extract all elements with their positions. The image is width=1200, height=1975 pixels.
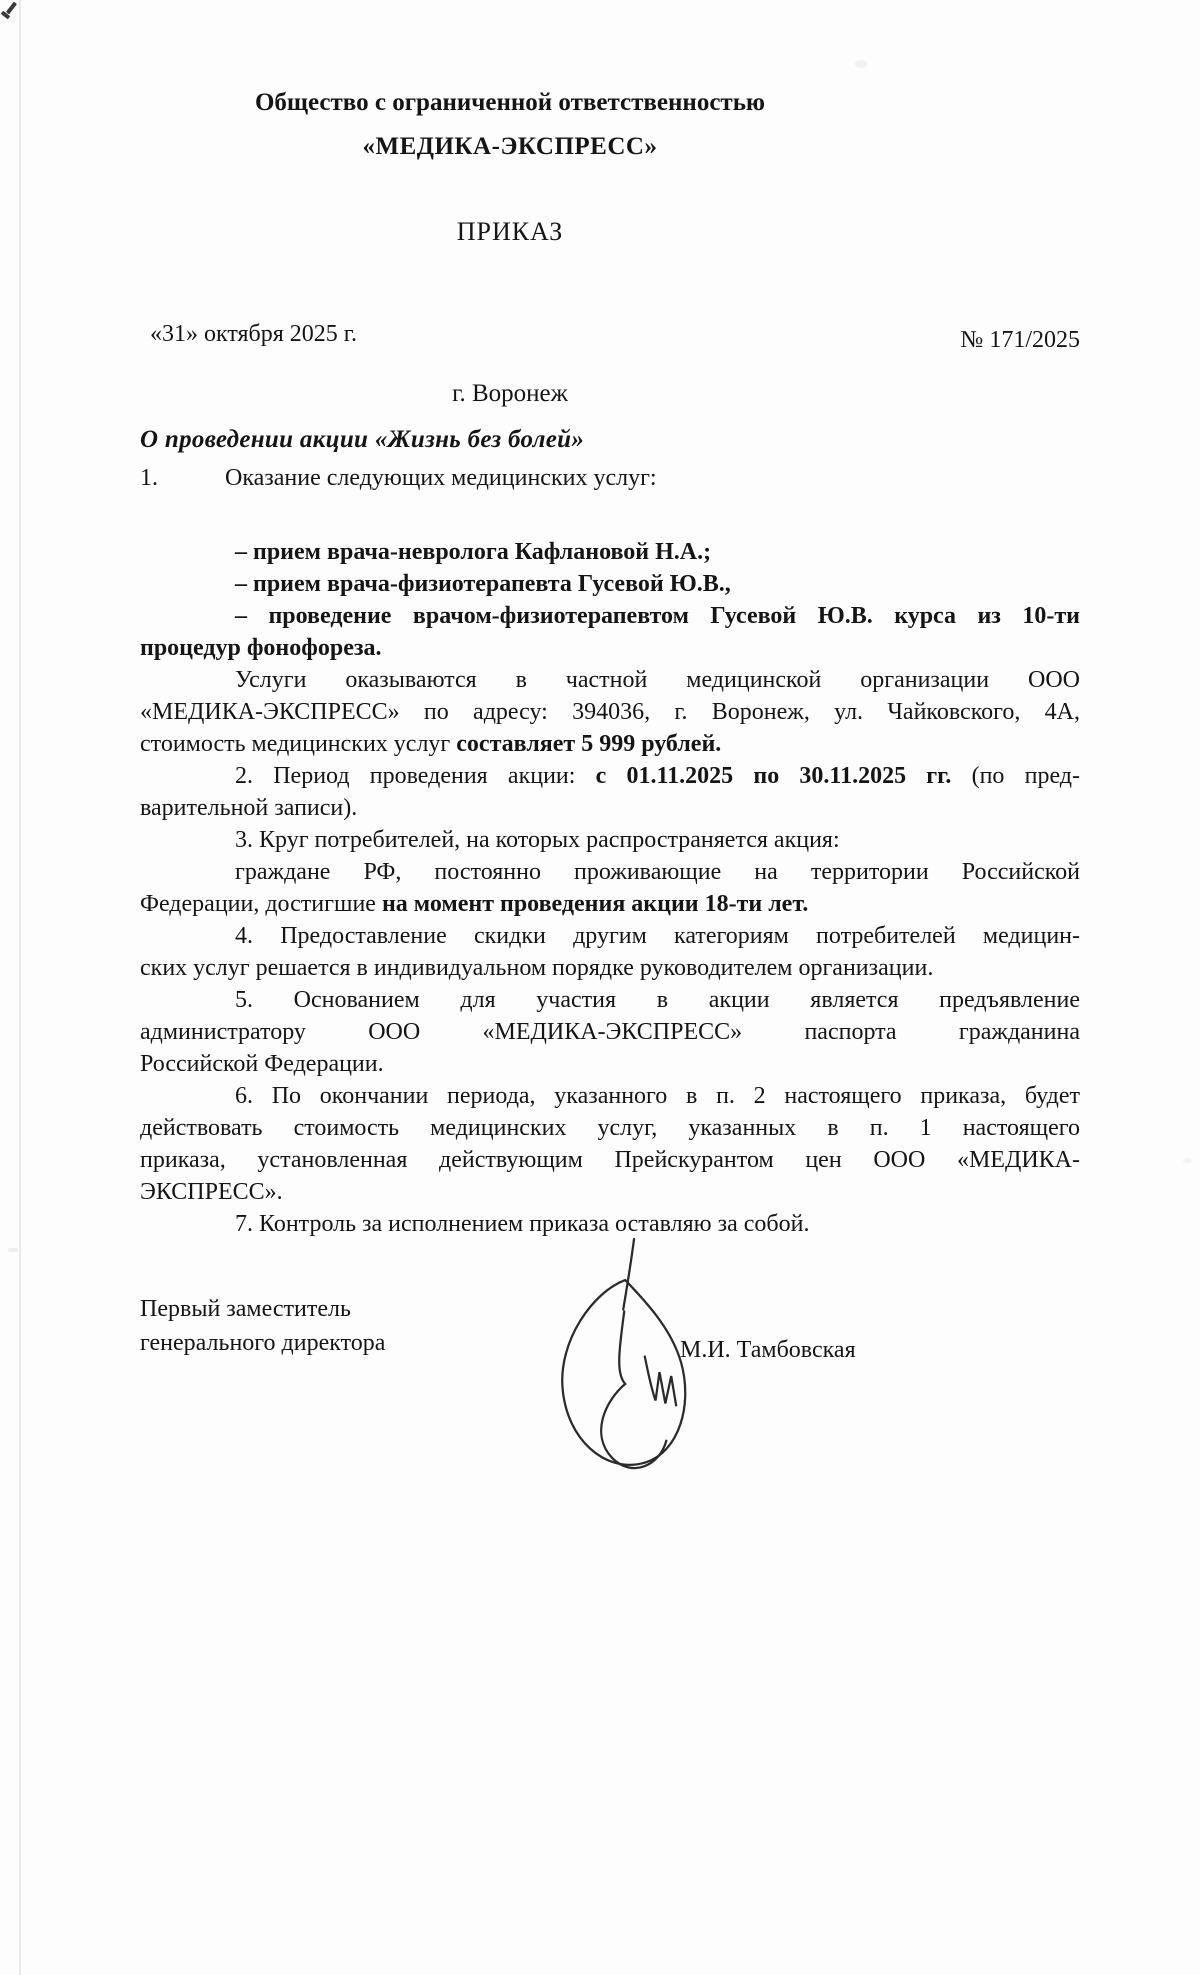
document-number: № 171/2025 xyxy=(960,324,1080,356)
price-bold-text: составляет 5 999 рублей. xyxy=(456,731,721,757)
item-1-text: Оказание следующих медицинских услуг: xyxy=(225,465,657,491)
order-item-4: 4. Предоставление скидки другим категори… xyxy=(140,920,1080,952)
item-1-number: 1. xyxy=(140,462,225,494)
service-line: – проведение врачом-физиотерапевтом Гусе… xyxy=(140,600,1080,632)
services-info-line: Услуги оказываются в частной медицинской… xyxy=(140,664,1080,696)
service-line: – прием врача-физиотерапевта Гусевой Ю.В… xyxy=(140,568,1080,600)
order-item-5-cont: Российской Федерации. xyxy=(140,1048,1080,1080)
org-name-line2: «МЕДИКА-ЭКСПРЕСС» xyxy=(140,132,880,162)
scan-corner-mark xyxy=(1,4,17,22)
order-item-5-cont: администратору ООО «МЕДИКА-ЭКСПРЕСС» пас… xyxy=(140,1016,1080,1048)
document-header: Общество с ограниченной ответственностью… xyxy=(140,88,880,248)
document-body: Общество с ограниченной ответственностью… xyxy=(140,0,1080,1552)
order-item-3-cont: Федерации, достигшие на момент проведени… xyxy=(140,888,1080,920)
order-item-3-cont: граждане РФ, постоянно проживающие на те… xyxy=(140,856,1080,888)
signer-name: М.И. Тамбовская xyxy=(680,1334,856,1366)
scan-speck xyxy=(8,1248,18,1252)
document-subject: О проведении акции «Жизнь без болей» xyxy=(140,424,1080,456)
order-item-6-cont: действовать стоимость медицинских услуг,… xyxy=(140,1112,1080,1144)
signature-block: Первый заместитель генерального директор… xyxy=(140,1292,1080,1552)
order-item-5: 5. Основанием для участия в акции являет… xyxy=(140,984,1080,1016)
services-list: – прием врача-невролога Кафлановой Н.А.;… xyxy=(140,536,1080,664)
scanned-order-document: Общество с ограниченной ответственностью… xyxy=(0,0,1200,1975)
order-item-2-cont: варительной записи). xyxy=(140,792,1080,824)
order-item-3: 3. Круг потребителей, на которых распрос… xyxy=(140,824,1080,856)
org-name-line1: Общество с ограниченной ответственностью xyxy=(140,88,880,118)
order-item-2: 2. Период проведения акции: с 01.11.2025… xyxy=(140,760,1080,792)
order-item-1: 1.Оказание следующих медицинских услуг: xyxy=(140,462,1080,494)
order-item-4-cont: ских услуг решается в индивидуальном пор… xyxy=(140,952,1080,984)
order-item-7: 7. Контроль за исполнением приказа остав… xyxy=(140,1208,1080,1240)
order-item-6-cont: ЭКСПРЕСС». xyxy=(140,1176,1080,1208)
document-date: «31» октября 2025 г. xyxy=(140,318,357,350)
services-info-line: «МЕДИКА-ЭКСПРЕСС» по адресу: 394036, г. … xyxy=(140,696,1080,728)
scan-edge-line xyxy=(19,0,21,1975)
period-bold-text: с 01.11.2025 по 30.11.2025 гг. xyxy=(596,763,952,789)
service-line: процедур фонофореза. xyxy=(140,632,1080,664)
age-bold-text: на момент проведения акции 18-ти лет. xyxy=(382,891,808,917)
date-number-row: «31» октября 2025 г. № 171/2025 xyxy=(140,318,1080,350)
order-item-6-cont: приказа, установленная действующим Прейс… xyxy=(140,1144,1080,1176)
document-city: г. Воронеж xyxy=(140,378,880,410)
services-info-line: стоимость медицинских услуг составляет 5… xyxy=(140,728,1080,760)
scan-speck xyxy=(1183,1158,1192,1163)
order-item-6: 6. По окончании периода, указанного в п.… xyxy=(140,1080,1080,1112)
service-line: – прием врача-невролога Кафлановой Н.А.; xyxy=(140,536,1080,568)
document-type-title: ПРИКАЗ xyxy=(140,216,880,248)
